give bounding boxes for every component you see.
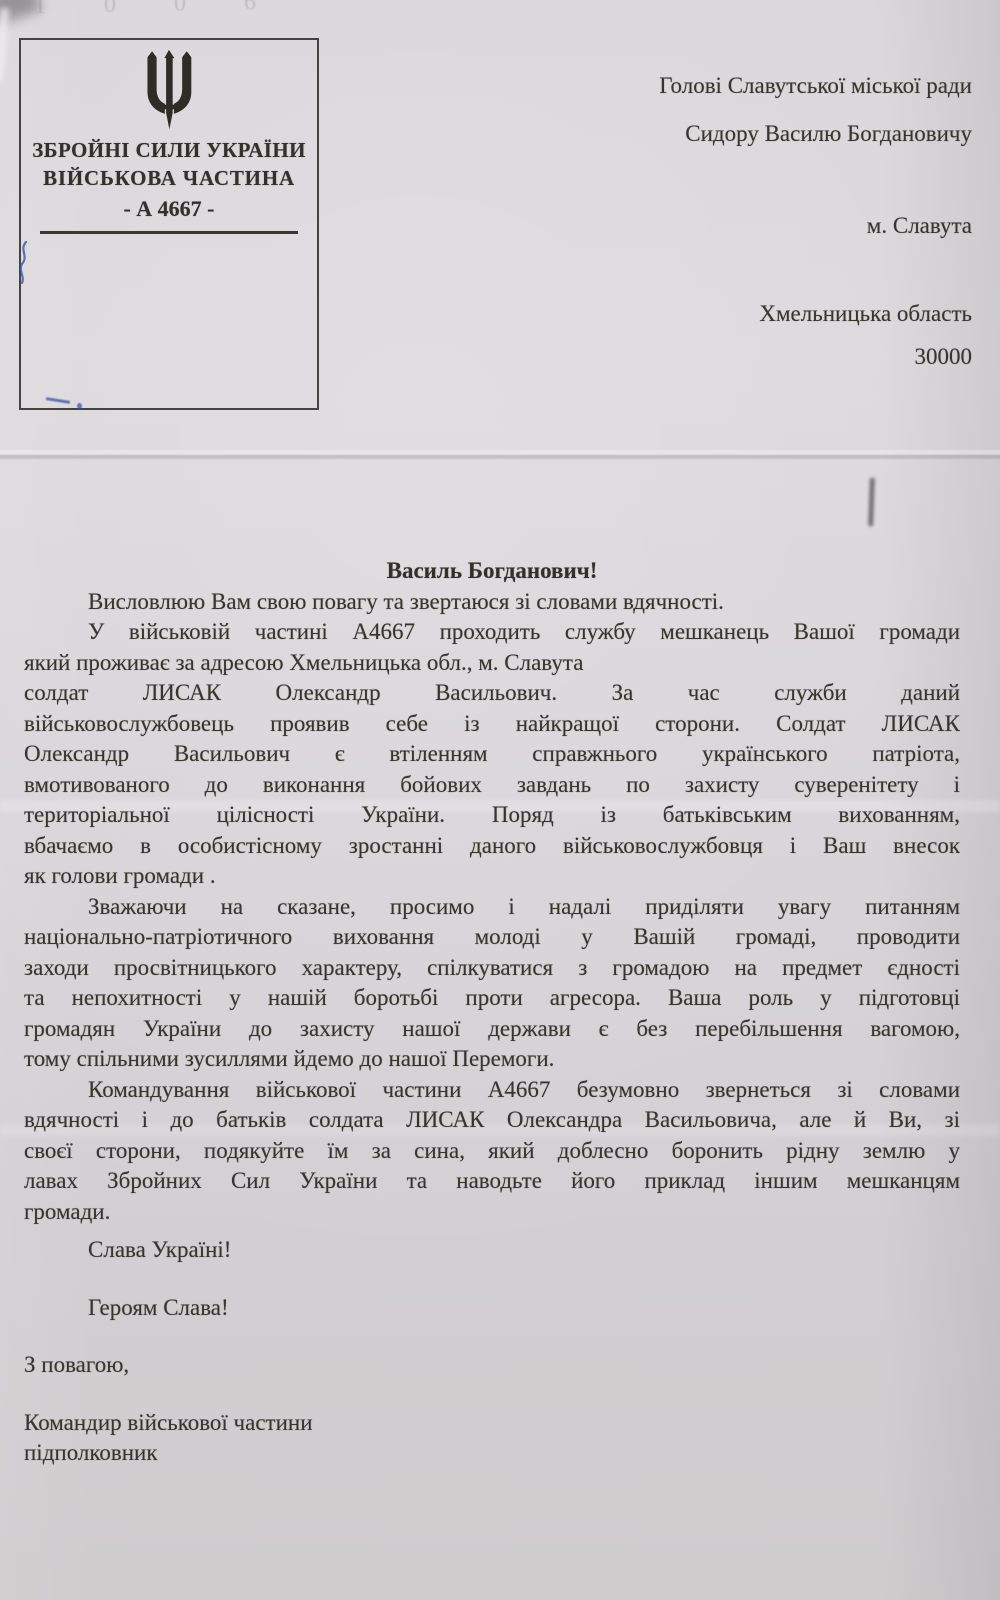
letter-line: Висловлюю Вам свою повагу та звертаюся з… — [24, 587, 960, 618]
letter-line: військовослужбовець проявив себе із найк… — [24, 709, 960, 740]
signature-rank-line: підполковник — [24, 1438, 960, 1469]
faint-pencil-marks: 1 0 0 6 — [34, 0, 282, 20]
letter-line: вмотивованого до виконання бойових завда… — [24, 770, 960, 801]
military-unit-stamp: ЗБРОЙНІ СИЛИ УКРАЇНИ ВІЙСЬКОВА ЧАСТИНА -… — [19, 38, 319, 410]
addressee-city: м. Славута — [659, 212, 972, 240]
letter-line: громади. — [24, 1197, 960, 1228]
letter-line: національно-патріотичного виховання моло… — [24, 922, 960, 953]
stamp-org-name: ЗБРОЙНІ СИЛИ УКРАЇНИ — [21, 138, 317, 163]
addressee-block: Голові Славутської міської ради Сидору В… — [659, 72, 972, 371]
letter-line: Командування військової частини А4667 бе… — [24, 1075, 960, 1106]
letter-line: як голови громади . — [24, 861, 960, 892]
addressee-postal-code: 30000 — [659, 343, 972, 371]
stamp-divider — [40, 231, 298, 234]
letter-line: Зважаючи на сказане, просимо і надалі пр… — [24, 892, 960, 923]
stamp-unit-number: - А 4667 - — [21, 196, 317, 222]
letter-line: громадян України до захисту нашої держав… — [24, 1014, 960, 1045]
letter-line: територіальної цілісності України. Поряд… — [24, 800, 960, 831]
letter-line: лавах Збройних Сил України та наводьте й… — [24, 1166, 960, 1197]
scanned-letter-photo: 1 0 0 6 ЗБРОЙНІ СИЛИ УКРАЇНИ ВІЙСЬКОВА Ч… — [0, 0, 1000, 1600]
signature-title-line: Командир військової частини — [24, 1408, 960, 1439]
letter-line: солдат ЛИСАК Олександр Васильович. За ча… — [24, 678, 960, 709]
letter-line: своєї сторони, подякуйте їм за сина, яки… — [24, 1136, 960, 1167]
addressee-name: Сидору Василю Богдановичу — [659, 120, 972, 148]
heroiam-slava-line: Героям Слава! — [24, 1293, 960, 1324]
tryzub-emblem-icon — [142, 49, 197, 133]
regards-line: З повагою, — [24, 1350, 960, 1381]
paper-crease — [0, 450, 1000, 460]
slava-ukraini-line: Слава Україні! — [24, 1235, 960, 1266]
letter-line: який проживає за адресою Хмельницька обл… — [24, 648, 960, 679]
salutation-line: Василь Богданович! — [24, 556, 960, 587]
letter-line: тому спільними зусиллями йдемо до нашої … — [24, 1044, 960, 1075]
letter-line: вдячності і до батьків солдата ЛИСАК Оле… — [24, 1105, 960, 1136]
stamp-unit-type: ВІЙСЬКОВА ЧАСТИНА — [21, 166, 317, 191]
blue-ink-squiggle — [16, 240, 32, 284]
letter-line: У військовій частині А4667 проходить слу… — [24, 617, 960, 648]
left-edge-highlight — [0, 8, 9, 83]
letter-body: Василь Богданович! Висловлюю Вам свою по… — [24, 556, 960, 1469]
letter-line: та непохитності у нашій боротьбі проти а… — [24, 983, 960, 1014]
letter-line: заходи просвітницького характеру, спілку… — [24, 953, 960, 984]
addressee-title: Голові Славутської міської ради — [659, 72, 972, 100]
addressee-region: Хмельницька область — [659, 300, 972, 328]
blue-ink-dot — [77, 403, 82, 409]
letter-line: вбачаємо в особистісному зростанні даног… — [24, 831, 960, 862]
letter-line: Олександр Васильович є втіленням справжн… — [24, 739, 960, 770]
right-edge-fold-mark — [868, 478, 875, 526]
